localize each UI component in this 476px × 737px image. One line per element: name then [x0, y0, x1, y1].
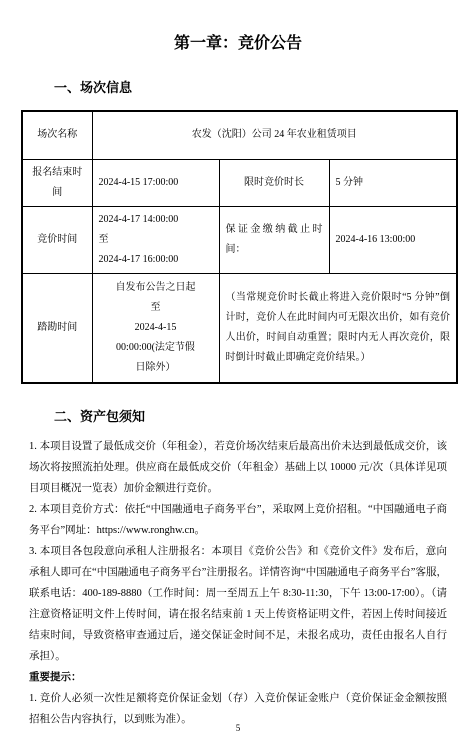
session-name-value: 农发（沈阳）公司 24 年农业租赁项目: [92, 111, 457, 159]
session-info-table: 场次名称 农发（沈阳）公司 24 年农业租赁项目 报名结束时间 2024-4-1…: [21, 110, 458, 384]
chapter-number-label: 第一章：: [174, 35, 238, 52]
table-row-session-name: 场次名称 农发（沈阳）公司 24 年农业租赁项目: [22, 111, 457, 159]
chapter-title-label: 竞价公告: [238, 35, 302, 52]
important-notice-heading: 重要提示：: [29, 667, 447, 688]
limited-bidding-duration-value: 5 分钟: [329, 159, 457, 206]
document-page: 第一章：竞价公告 一、场次信息 场次名称 农发（沈阳）公司 24 年农业租赁项目…: [0, 0, 476, 737]
deposit-deadline-label: 保证金缴纳截止时间：: [219, 206, 329, 273]
page-number: 5: [0, 723, 476, 733]
notice-paragraph-1: 1. 本项目设置了最低成交价（年租金），若竞价场次结束后最高出价未达到最低成交价…: [29, 436, 447, 499]
session-name-label: 场次名称: [22, 111, 92, 159]
limited-bidding-rule-note: （当常规竞价时长截止将进入竞价限时“5 分钟”倒计时，竞价人在此时间内可无限次出…: [219, 273, 457, 383]
deposit-deadline-value: 2024-4-16 13:00:00: [329, 206, 457, 273]
site-survey-value: 自发布公告之日起 至 2024-4-15 00:00:00(法定节假 日除外）: [92, 273, 219, 383]
bidding-time-label: 竞价时间: [22, 206, 92, 273]
section-heading-asset-package-notice: 二、资产包须知: [54, 409, 476, 425]
bidding-time-value: 2024-4-17 14:00:00 至 2024-4-17 16:00:00: [92, 206, 219, 273]
signup-deadline-value: 2024-4-15 17:00:00: [92, 159, 219, 206]
notice-paragraph-2: 2. 本项目竞价方式：依托“中国融通电子商务平台”，采取网上竞价招租。“中国融通…: [29, 499, 447, 541]
table-row-signup-deadline: 报名结束时间 2024-4-15 17:00:00 限时竞价时长 5 分钟: [22, 159, 457, 206]
section-heading-session-info: 一、场次信息: [54, 80, 476, 96]
table-row-site-survey: 踏勘时间 自发布公告之日起 至 2024-4-15 00:00:00(法定节假 …: [22, 273, 457, 383]
asset-package-notice-body: 1. 本项目设置了最低成交价（年租金），若竞价场次结束后最高出价未达到最低成交价…: [29, 436, 447, 730]
table-row-bidding-time: 竞价时间 2024-4-17 14:00:00 至 2024-4-17 16:0…: [22, 206, 457, 273]
page-title: 第一章：竞价公告: [0, 0, 476, 55]
signup-deadline-label: 报名结束时间: [22, 159, 92, 206]
site-survey-label: 踏勘时间: [22, 273, 92, 383]
limited-bidding-duration-label: 限时竞价时长: [219, 159, 329, 206]
notice-paragraph-3: 3. 本项目各包段意向承租人注册报名：本项目《竞价公告》和《竞价文件》发布后，意…: [29, 541, 447, 667]
